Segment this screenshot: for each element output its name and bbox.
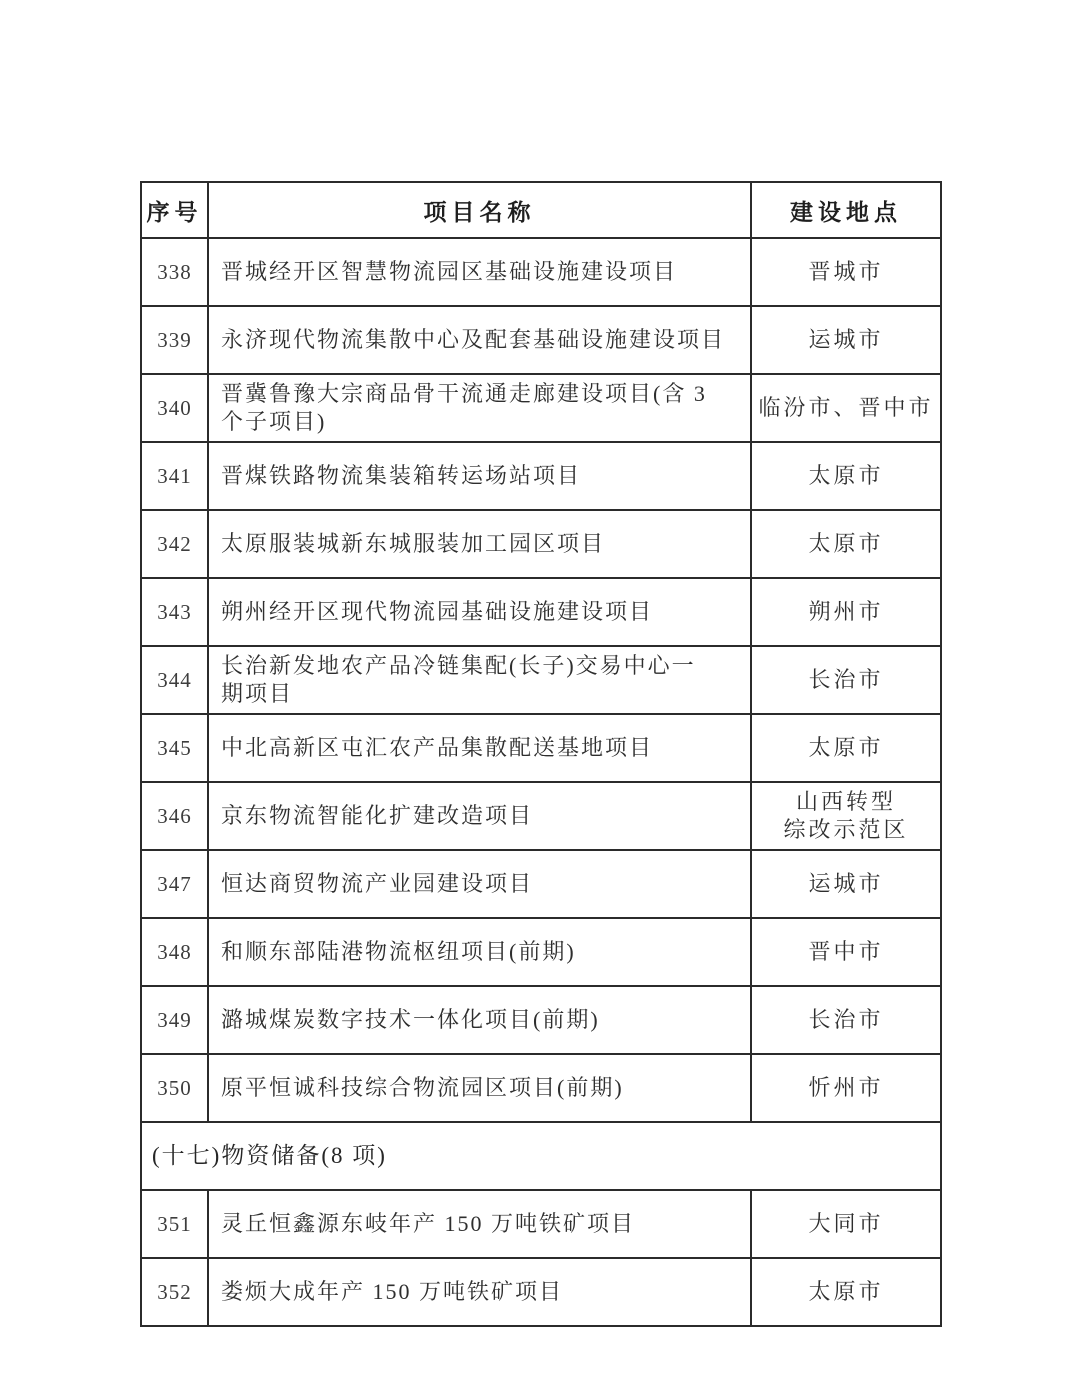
table-row: 346 京东物流智能化扩建改造项目 山西转型 综改示范区 xyxy=(141,782,941,850)
table-row: 351 灵丘恒鑫源东岐年产 150 万吨铁矿项目 大同市 xyxy=(141,1190,941,1258)
section-row: (十七)物资储备(8 项) xyxy=(141,1122,941,1190)
project-name: 长治新发地农产品冷链集配(长子)交易中心一 期项目 xyxy=(208,646,751,714)
row-index: 344 xyxy=(141,646,208,714)
table-row: 340 晋冀鲁豫大宗商品骨干流通走廊建设项目(含 3 个子项目) 临汾市、晋中市 xyxy=(141,374,941,442)
project-name: 潞城煤炭数字技术一体化项目(前期) xyxy=(208,986,751,1054)
row-index: 348 xyxy=(141,918,208,986)
row-index: 338 xyxy=(141,238,208,306)
col-header-index: 序号 xyxy=(141,182,208,238)
construction-location: 长治市 xyxy=(751,646,941,714)
col-header-name: 项目名称 xyxy=(208,182,751,238)
table-row: 348 和顺东部陆港物流枢纽项目(前期) 晋中市 xyxy=(141,918,941,986)
project-name: 中北高新区屯汇农产品集散配送基地项目 xyxy=(208,714,751,782)
project-name: 朔州经开区现代物流园基础设施建设项目 xyxy=(208,578,751,646)
table-row: 352 娄烦大成年产 150 万吨铁矿项目 太原市 xyxy=(141,1258,941,1326)
row-index: 341 xyxy=(141,442,208,510)
construction-location: 太原市 xyxy=(751,442,941,510)
row-index: 347 xyxy=(141,850,208,918)
project-name: 晋城经开区智慧物流园区基础设施建设项目 xyxy=(208,238,751,306)
construction-location: 朔州市 xyxy=(751,578,941,646)
project-name: 太原服装城新东城服装加工园区项目 xyxy=(208,510,751,578)
row-index: 350 xyxy=(141,1054,208,1122)
table-row: 341 晋煤铁路物流集装箱转运场站项目 太原市 xyxy=(141,442,941,510)
col-header-location: 建设地点 xyxy=(751,182,941,238)
construction-location: 运城市 xyxy=(751,850,941,918)
table-row: 345 中北高新区屯汇农产品集散配送基地项目 太原市 xyxy=(141,714,941,782)
row-index: 352 xyxy=(141,1258,208,1326)
construction-location: 临汾市、晋中市 xyxy=(751,374,941,442)
row-index: 340 xyxy=(141,374,208,442)
project-name: 原平恒诚科技综合物流园区项目(前期) xyxy=(208,1054,751,1122)
construction-location: 大同市 xyxy=(751,1190,941,1258)
project-name: 娄烦大成年产 150 万吨铁矿项目 xyxy=(208,1258,751,1326)
table-row: 344 长治新发地农产品冷链集配(长子)交易中心一 期项目 长治市 xyxy=(141,646,941,714)
construction-location: 晋中市 xyxy=(751,918,941,986)
project-name: 晋煤铁路物流集装箱转运场站项目 xyxy=(208,442,751,510)
construction-location: 山西转型 综改示范区 xyxy=(751,782,941,850)
construction-location: 忻州市 xyxy=(751,1054,941,1122)
project-name: 京东物流智能化扩建改造项目 xyxy=(208,782,751,850)
project-name: 和顺东部陆港物流枢纽项目(前期) xyxy=(208,918,751,986)
row-index: 342 xyxy=(141,510,208,578)
project-name: 晋冀鲁豫大宗商品骨干流通走廊建设项目(含 3 个子项目) xyxy=(208,374,751,442)
construction-location: 太原市 xyxy=(751,510,941,578)
row-index: 346 xyxy=(141,782,208,850)
row-index: 343 xyxy=(141,578,208,646)
construction-location: 晋城市 xyxy=(751,238,941,306)
row-index: 339 xyxy=(141,306,208,374)
project-name: 恒达商贸物流产业园建设项目 xyxy=(208,850,751,918)
document-page: 序号 项目名称 建设地点 338 晋城经开区智慧物流园区基础设施建设项目 晋城市… xyxy=(0,0,1080,1390)
row-index: 351 xyxy=(141,1190,208,1258)
construction-location: 运城市 xyxy=(751,306,941,374)
table-row: 343 朔州经开区现代物流园基础设施建设项目 朔州市 xyxy=(141,578,941,646)
project-name: 灵丘恒鑫源东岐年产 150 万吨铁矿项目 xyxy=(208,1190,751,1258)
construction-location: 长治市 xyxy=(751,986,941,1054)
row-index: 345 xyxy=(141,714,208,782)
construction-location: 太原市 xyxy=(751,1258,941,1326)
project-name: 永济现代物流集散中心及配套基础设施建设项目 xyxy=(208,306,751,374)
section-label: (十七)物资储备(8 项) xyxy=(141,1122,941,1190)
row-index: 349 xyxy=(141,986,208,1054)
table-row: 342 太原服装城新东城服装加工园区项目 太原市 xyxy=(141,510,941,578)
projects-table: 序号 项目名称 建设地点 338 晋城经开区智慧物流园区基础设施建设项目 晋城市… xyxy=(140,181,942,1327)
table-row: 338 晋城经开区智慧物流园区基础设施建设项目 晋城市 xyxy=(141,238,941,306)
construction-location: 太原市 xyxy=(751,714,941,782)
table-row: 350 原平恒诚科技综合物流园区项目(前期) 忻州市 xyxy=(141,1054,941,1122)
header-row: 序号 项目名称 建设地点 xyxy=(141,182,941,238)
table-row: 347 恒达商贸物流产业园建设项目 运城市 xyxy=(141,850,941,918)
table-row: 349 潞城煤炭数字技术一体化项目(前期) 长治市 xyxy=(141,986,941,1054)
table-row: 339 永济现代物流集散中心及配套基础设施建设项目 运城市 xyxy=(141,306,941,374)
